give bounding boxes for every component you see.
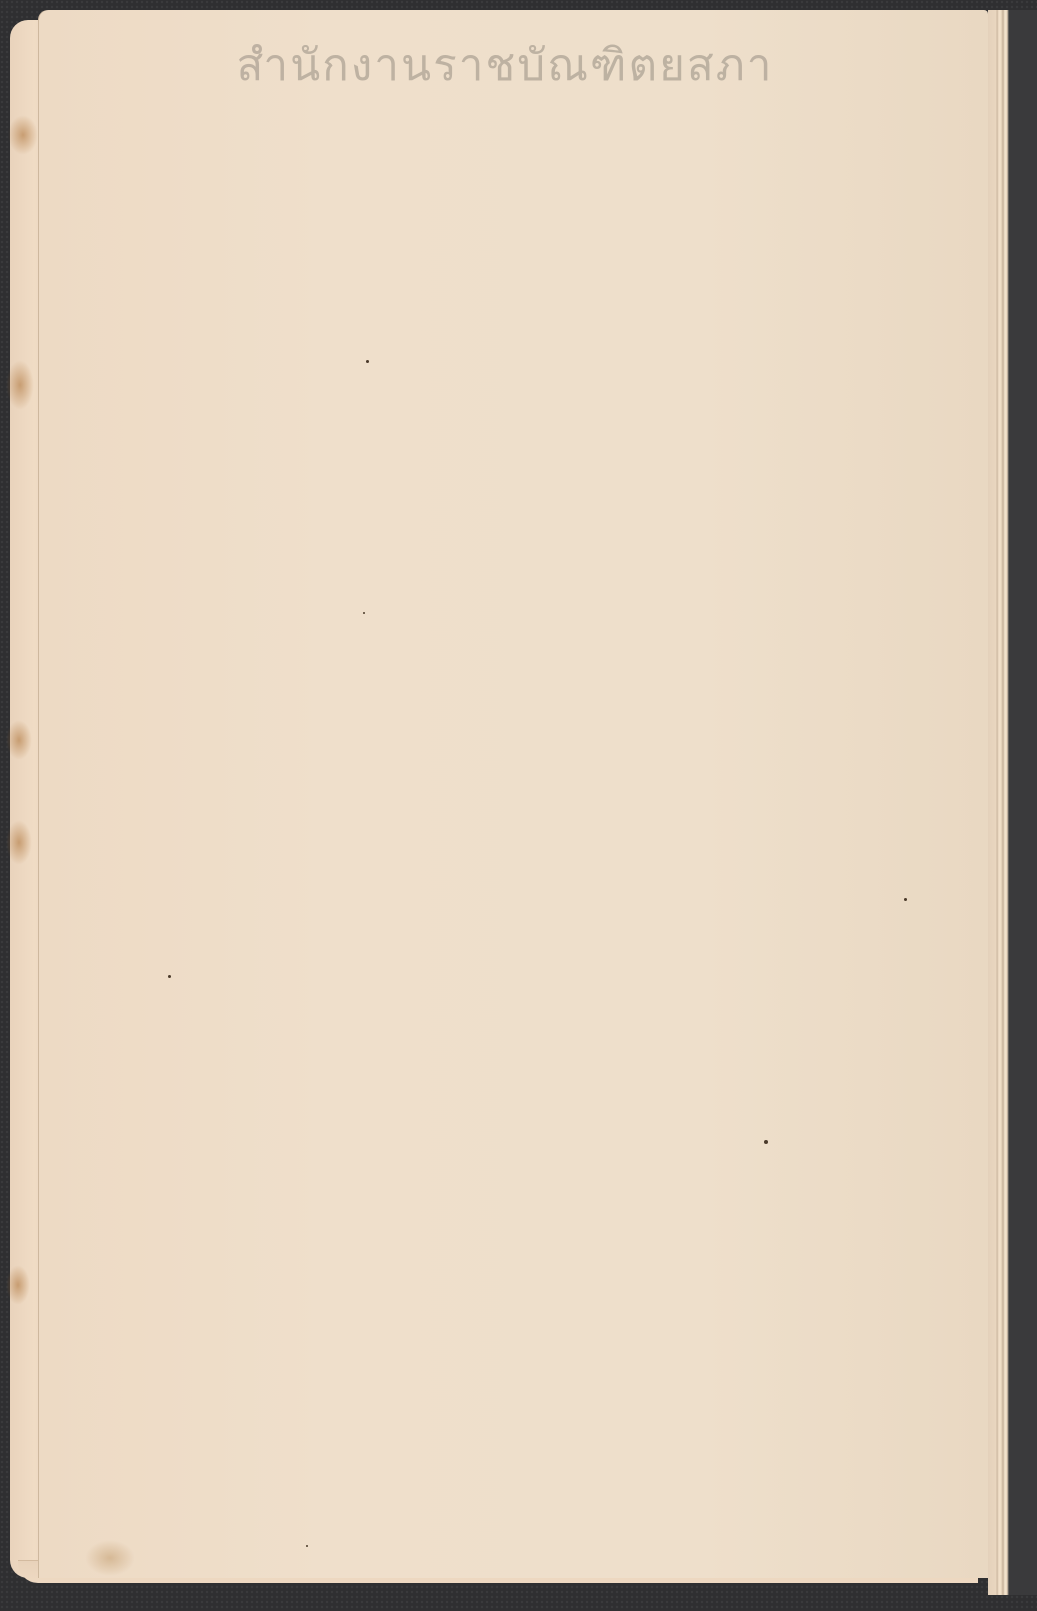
paper-speck [306, 1545, 308, 1547]
paper-speck [904, 898, 907, 901]
watermark-text: สำนักงานราชบัณฑิตยสภา [0, 30, 1010, 100]
foxing-stain [85, 1540, 135, 1576]
foxing-stain [6, 1265, 30, 1305]
blank-page [38, 10, 988, 1578]
paper-speck [764, 1140, 768, 1144]
foxing-stain [6, 820, 32, 865]
paper-speck [366, 360, 369, 363]
scan-background: สำนักงานราชบัณฑิตยสภา [0, 0, 1037, 1611]
foxing-stain [6, 720, 32, 760]
paper-speck [363, 612, 365, 614]
paper-speck [168, 975, 171, 978]
foxing-stain [8, 115, 38, 155]
foxing-stain [6, 360, 34, 410]
page-edge-stack [988, 10, 1037, 1595]
